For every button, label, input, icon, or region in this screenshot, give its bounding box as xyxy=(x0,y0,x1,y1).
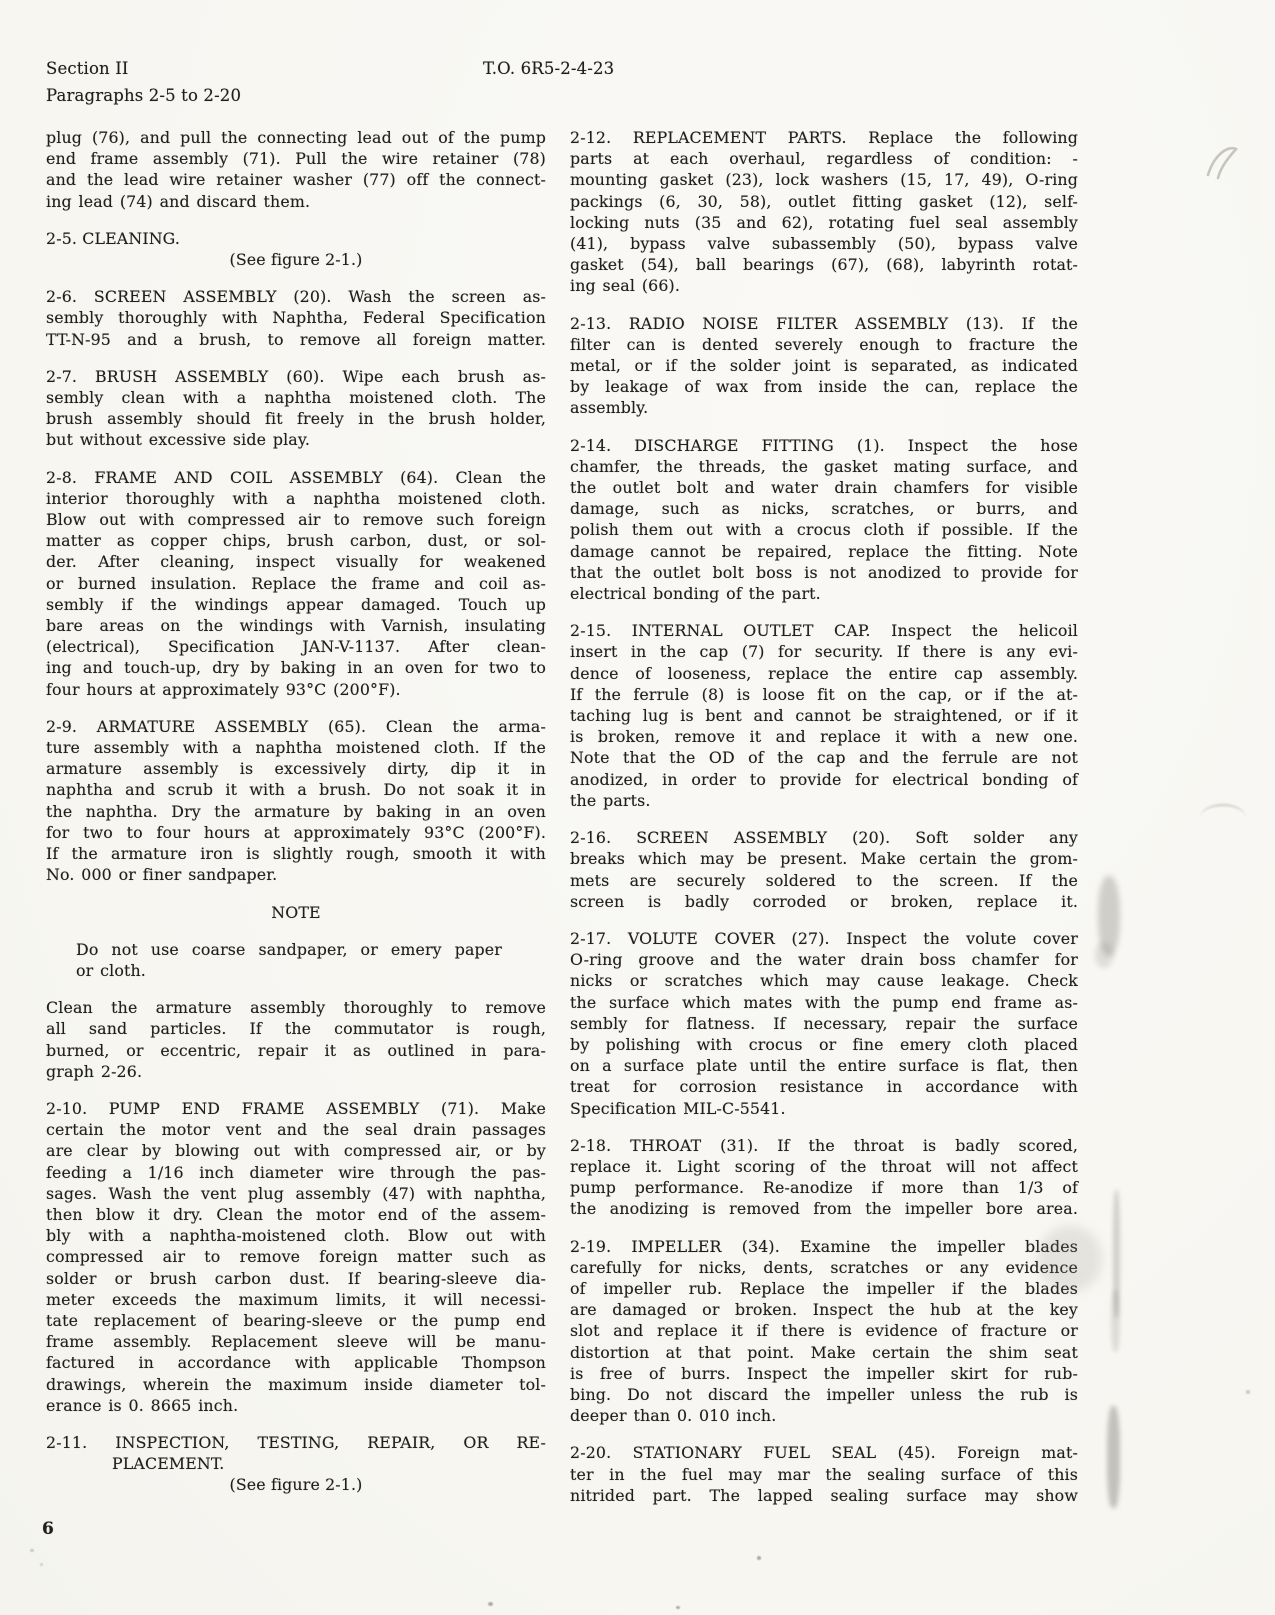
paragraph-2-8-frame-and-coil-assembly: 2-8. FRAME AND COIL ASSEMBLY (64). Clean… xyxy=(46,467,546,700)
text-line: 2-18. THROAT (31). If the throat is badl… xyxy=(570,1135,1078,1156)
text-line: replace it. Light scoring of the throat … xyxy=(570,1156,1078,1177)
text-line: is broken, remove it and replace it with… xyxy=(570,726,1078,747)
text-line: bing. Do not discard the impeller unless… xyxy=(570,1384,1078,1405)
text-line: four hours at approximately 93°C (200°F)… xyxy=(46,679,546,700)
scan-mark xyxy=(1200,804,1246,818)
text-line: packings (6, 30, 58), outlet fitting gas… xyxy=(570,191,1078,212)
text-line: dence of looseness, replace the entire c… xyxy=(570,663,1078,684)
text-line: (41), bypass valve subassembly (50), byp… xyxy=(570,233,1078,254)
paragraph-clean-armature: Clean the armature assembly thoroughly t… xyxy=(46,997,546,1082)
text-line: PLACEMENT. xyxy=(46,1453,546,1474)
see-figure-reference: (See figure 2-1.) xyxy=(46,1474,546,1495)
text-line: are clear by blowing out with compressed… xyxy=(46,1140,546,1161)
text-line: graph 2-26. xyxy=(46,1061,546,1082)
text-line: 2-10. PUMP END FRAME ASSEMBLY (71). Make xyxy=(46,1098,546,1119)
text-line: by polishing with crocus or fine emery c… xyxy=(570,1034,1078,1055)
text-line: 2-11. INSPECTION, TESTING, REPAIR, OR RE… xyxy=(46,1432,546,1453)
text-line: or burned insulation. Replace the frame … xyxy=(46,573,546,594)
text-line: 2-9. ARMATURE ASSEMBLY (65). Clean the a… xyxy=(46,716,546,737)
text-line: electrical bonding of the part. xyxy=(570,583,1078,604)
text-line: armature assembly is excessively dirty, … xyxy=(46,758,546,779)
paragraph-2-7-brush-assembly: 2-7. BRUSH ASSEMBLY (60). Wipe each brus… xyxy=(46,366,546,451)
text-line: treat for corrosion resistance in accord… xyxy=(570,1076,1078,1097)
text-line: polish them out with a crocus cloth if p… xyxy=(570,519,1078,540)
text-line: naphtha and scrub it with a brush. Do no… xyxy=(46,779,546,800)
scan-streak xyxy=(1107,1406,1120,1508)
text-line: distortion at that point. Make certain t… xyxy=(570,1342,1078,1363)
header-paragraph-range: Paragraphs 2-5 to 2-20 xyxy=(46,82,241,109)
text-line: end frame assembly (71). Pull the wire r… xyxy=(46,148,546,169)
text-line: erance is 0. 8665 inch. xyxy=(46,1395,546,1416)
right-column: 2-12. REPLACEMENT PARTS. Replace the fol… xyxy=(570,127,1078,1522)
paragraph-2-12-replacement-parts: 2-12. REPLACEMENT PARTS. Replace the fol… xyxy=(570,127,1078,297)
text-line: ture assembly with a naphtha moistened c… xyxy=(46,737,546,758)
paragraph-2-9-armature-assembly: 2-9. ARMATURE ASSEMBLY (65). Clean the a… xyxy=(46,716,546,886)
scan-streak xyxy=(1113,1190,1120,1318)
paragraph-2-16-screen-assembly: 2-16. SCREEN ASSEMBLY (20). Soft solder … xyxy=(570,827,1078,912)
scan-speck xyxy=(30,1549,34,1552)
text-line: burned, or eccentric, repair it as outli… xyxy=(46,1040,546,1061)
text-line: filter can is dented severely enough to … xyxy=(570,334,1078,355)
text-line: (electrical), Specification JAN-V-1137. … xyxy=(46,636,546,657)
text-line: taching lug is bent and cannot be straig… xyxy=(570,705,1078,726)
see-figure-reference: (See figure 2-1.) xyxy=(46,249,546,270)
paragraph-2-17-volute-cover: 2-17. VOLUTE COVER (27). Inspect the vol… xyxy=(570,928,1078,1119)
text-line: tate replacement of bearing-sleeve or th… xyxy=(46,1310,546,1331)
text-line: interior thoroughly with a naphtha moist… xyxy=(46,488,546,509)
text-line: sembly thoroughly with Naphtha, Federal … xyxy=(46,307,546,328)
text-line: carefully for nicks, dents, scratches or… xyxy=(570,1257,1078,1278)
text-line: 2-16. SCREEN ASSEMBLY (20). Soft solder … xyxy=(570,827,1078,848)
text-line: sages. Wash the vent plug assembly (47) … xyxy=(46,1183,546,1204)
text-line: frame assembly. Replacement sleeve will … xyxy=(46,1331,546,1352)
text-line: If the ferrule (8) is loose fit on the c… xyxy=(570,684,1078,705)
text-line: all sand particles. If the commutator is… xyxy=(46,1018,546,1039)
scan-smudge xyxy=(1098,876,1120,956)
text-line: then blow it dry. Clean the motor end of… xyxy=(46,1204,546,1225)
text-line: sembly clean with a naphtha moistened cl… xyxy=(46,387,546,408)
text-line: is free of burrs. Inspect the impeller s… xyxy=(570,1363,1078,1384)
text-line: 2-14. DISCHARGE FITTING (1). Inspect the… xyxy=(570,435,1078,456)
text-line: screen is badly corroded or broken, repl… xyxy=(570,891,1078,912)
scan-speck xyxy=(1246,1390,1250,1394)
text-line: slot and replace it if there is evidence… xyxy=(570,1320,1078,1341)
text-line: 2-6. SCREEN ASSEMBLY (20). Wash the scre… xyxy=(46,286,546,307)
text-line: No. 000 or finer sandpaper. xyxy=(46,864,546,885)
paragraph-2-10-pump-end-frame-assembly: 2-10. PUMP END FRAME ASSEMBLY (71). Make… xyxy=(46,1098,546,1416)
text-line: deeper than 0. 010 inch. xyxy=(570,1405,1078,1426)
text-line: feeding a 1/16 inch diameter wire throug… xyxy=(46,1162,546,1183)
text-line: sembly for flatness. If necessary, repai… xyxy=(570,1013,1078,1034)
text-line: gasket (54), ball bearings (67), (68), l… xyxy=(570,254,1078,275)
scan-speck xyxy=(488,1602,493,1606)
page-header: Section II Paragraphs 2-5 to 2-20 xyxy=(46,55,241,109)
text-line: assembly. xyxy=(570,397,1078,418)
text-line: 2-12. REPLACEMENT PARTS. Replace the fol… xyxy=(570,127,1078,148)
manual-page: Section II Paragraphs 2-5 to 2-20 T.O. 6… xyxy=(0,0,1275,1615)
text-line: sembly if the windings appear damaged. T… xyxy=(46,594,546,615)
text-line: 2-8. FRAME AND COIL ASSEMBLY (64). Clean… xyxy=(46,467,546,488)
text-line: compressed air to remove foreign matter … xyxy=(46,1246,546,1267)
text-line: damage, such as nicks, scratches, or bur… xyxy=(570,498,1078,519)
text-line: bly with a naphtha-moistened cloth. Blow… xyxy=(46,1225,546,1246)
scan-pen-mark xyxy=(1205,141,1241,187)
text-line: 2-17. VOLUTE COVER (27). Inspect the vol… xyxy=(570,928,1078,949)
text-line: 2-20. STATIONARY FUEL SEAL (45). Foreign… xyxy=(570,1442,1078,1463)
paragraph-2-6-screen-assembly: 2-6. SCREEN ASSEMBLY (20). Wash the scre… xyxy=(46,286,546,350)
text-line: meter exceeds the maximum limits, it wil… xyxy=(46,1289,546,1310)
text-line: certain the motor vent and the seal drai… xyxy=(46,1119,546,1140)
left-column: plug (76), and pull the connecting lead … xyxy=(46,127,546,1512)
text-line: Note that the OD of the cap and the ferr… xyxy=(570,747,1078,768)
text-line: 2-5. CLEANING. xyxy=(46,228,546,249)
note-body: Do not use coarse sandpaper, or emery pa… xyxy=(46,939,546,981)
paragraph-2-20-stationary-fuel-seal: 2-20. STATIONARY FUEL SEAL (45). Foreign… xyxy=(570,1442,1078,1506)
paragraph-2-14-discharge-fitting: 2-14. DISCHARGE FITTING (1). Inspect the… xyxy=(570,435,1078,605)
text-line: metal, or if the solder joint is separat… xyxy=(570,355,1078,376)
text-line: by leakage of wax from inside the can, r… xyxy=(570,376,1078,397)
paragraph-2-15-internal-outlet-cap: 2-15. INTERNAL OUTLET CAP. Inspect the h… xyxy=(570,620,1078,811)
paragraph-2-13-radio-noise-filter-assembly: 2-13. RADIO NOISE FILTER ASSEMBLY (13). … xyxy=(570,313,1078,419)
text-line: solder or brush carbon dust. If bearing-… xyxy=(46,1268,546,1289)
text-line: ter in the fuel may mar the sealing surf… xyxy=(570,1464,1078,1485)
text-line: locking nuts (35 and 62), rotating fuel … xyxy=(570,212,1078,233)
text-line: (See figure 2-1.) xyxy=(46,249,546,270)
text-line: damage cannot be repaired, replace the f… xyxy=(570,541,1078,562)
text-line: plug (76), and pull the connecting lead … xyxy=(46,127,546,148)
text-line: NOTE xyxy=(46,902,546,923)
text-line: of impeller rub. Replace the impeller if… xyxy=(570,1278,1078,1299)
text-line: ing and touch-up, dry by baking in an ov… xyxy=(46,657,546,678)
text-line: der. After cleaning, inspect visually fo… xyxy=(46,551,546,572)
text-line: If the armature iron is slightly rough, … xyxy=(46,843,546,864)
text-line: that the outlet bolt boss is not anodize… xyxy=(570,562,1078,583)
text-line: anodized, in order to provide for electr… xyxy=(570,769,1078,790)
text-line: or cloth. xyxy=(76,960,502,981)
text-line: 2-15. INTERNAL OUTLET CAP. Inspect the h… xyxy=(570,620,1078,641)
heading-2-5-cleaning: 2-5. CLEANING. xyxy=(46,228,546,249)
text-line: and the lead wire retainer washer (77) o… xyxy=(46,169,546,190)
scan-smudge xyxy=(1095,942,1113,968)
paragraph-2-19-impeller: 2-19. IMPELLER (34). Examine the impelle… xyxy=(570,1236,1078,1427)
paragraph-2-18-throat: 2-18. THROAT (31). If the throat is badl… xyxy=(570,1135,1078,1220)
text-line: (See figure 2-1.) xyxy=(46,1474,546,1495)
text-line: ing seal (66). xyxy=(570,275,1078,296)
text-line: ing lead (74) and discard them. xyxy=(46,191,546,212)
text-line: factured in accordance with applicable T… xyxy=(46,1352,546,1373)
scan-speck xyxy=(40,1563,43,1566)
text-line: the surface which mates with the pump en… xyxy=(570,992,1078,1013)
text-line: Do not use coarse sandpaper, or emery pa… xyxy=(76,939,502,960)
header-to-number: T.O. 6R5-2-4-23 xyxy=(483,55,614,82)
text-line: nitrided part. The lapped sealing surfac… xyxy=(570,1485,1078,1506)
paragraph-continuation: plug (76), and pull the connecting lead … xyxy=(46,127,546,212)
scan-streak xyxy=(1111,1290,1120,1352)
text-line: on a surface plate until the entire surf… xyxy=(570,1055,1078,1076)
text-line: 2-7. BRUSH ASSEMBLY (60). Wipe each brus… xyxy=(46,366,546,387)
text-line: O-ring groove and the water drain boss c… xyxy=(570,949,1078,970)
text-line: parts at each overhaul, regardless of co… xyxy=(570,148,1078,169)
text-line: but without excessive side play. xyxy=(46,429,546,450)
text-line: are damaged or broken. Inspect the hub a… xyxy=(570,1299,1078,1320)
text-line: nicks or scratches which may cause leaka… xyxy=(570,970,1078,991)
note-heading: NOTE xyxy=(46,902,546,923)
text-line: the anodizing is removed from the impell… xyxy=(570,1198,1078,1219)
text-line: the parts. xyxy=(570,790,1078,811)
text-line: chamfer, the threads, the gasket mating … xyxy=(570,456,1078,477)
header-section-title: Section II xyxy=(46,55,241,82)
scan-speck xyxy=(676,1606,680,1609)
text-line: the naphtha. Dry the armature by baking … xyxy=(46,801,546,822)
text-line: 2-13. RADIO NOISE FILTER ASSEMBLY (13). … xyxy=(570,313,1078,334)
scan-speck xyxy=(757,1556,761,1560)
text-line: drawings, wherein the maximum inside dia… xyxy=(46,1374,546,1395)
text-line: mounting gasket (23), lock washers (15, … xyxy=(570,169,1078,190)
text-line: Blow out with compressed air to remove s… xyxy=(46,509,546,530)
text-line: insert in the cap (7) for security. If t… xyxy=(570,641,1078,662)
text-line: Clean the armature assembly thoroughly t… xyxy=(46,997,546,1018)
text-line: matter as copper chips, brush carbon, du… xyxy=(46,530,546,551)
text-line: brush assembly should fit freely in the … xyxy=(46,408,546,429)
text-line: the outlet bolt and water drain chamfers… xyxy=(570,477,1078,498)
text-line: breaks which may be present. Make certai… xyxy=(570,848,1078,869)
text-line: for two to four hours at approximately 9… xyxy=(46,822,546,843)
heading-2-11-inspection-testing-repair: 2-11. INSPECTION, TESTING, REPAIR, OR RE… xyxy=(46,1432,546,1474)
text-line: bare areas on the windings with Varnish,… xyxy=(46,615,546,636)
text-line: Specification MIL-C-5541. xyxy=(570,1098,1078,1119)
text-line: 2-19. IMPELLER (34). Examine the impelle… xyxy=(570,1236,1078,1257)
page-number: 6 xyxy=(42,1519,54,1539)
text-line: TT-N-95 and a brush, to remove all forei… xyxy=(46,329,546,350)
text-line: mets are securely soldered to the screen… xyxy=(570,870,1078,891)
text-line: pump performance. Re-anodize if more tha… xyxy=(570,1177,1078,1198)
